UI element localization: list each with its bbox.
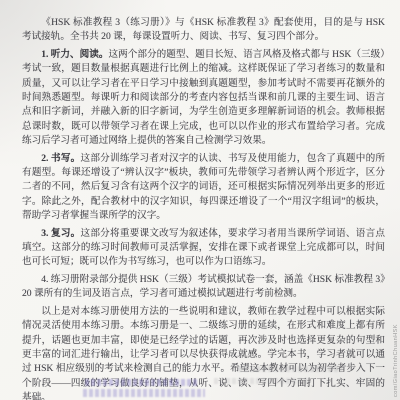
closing-text: 以上是对本练习册使用方法的一些说明和建议，教师在教学过程中可以根据实际情况灵活使… [22,306,385,400]
paragraph-closing: 以上是对本练习册使用方法的一些说明和建议，教师在教学过程中可以根据实际情况灵活使… [22,305,385,400]
paragraph-intro: 《HSK 标准教程 3（练习册）》与《HSK 标准教程 3》配套使用，目的是与 … [22,16,385,45]
page-text-block: 《HSK 标准教程 3（练习册）》与《HSK 标准教程 3》配套使用，目的是与 … [22,16,385,400]
paragraph-section-listening-reading: 1. 听力、阅读。这两个部分的题型、题目长短、语言风格及格式都与 HSK（三级）… [22,48,385,148]
section-3-heading: 3. 复习。 [41,228,80,239]
section-2-heading: 2. 书写。 [41,153,80,164]
vertical-watermark-text: com/GiaoTrinhChuanHSK [393,272,399,397]
section-1-body: 这两个部分的题型、题目长短、语言风格及格式都与 HSK（三级）考试一致，题目数量… [22,49,385,146]
scanned-book-page: 《HSK 标准教程 3（练习册）》与《HSK 标准教程 3》配套使用，目的是与 … [0,0,400,400]
section-1-heading: 1. 听力、阅读。 [41,49,108,60]
paragraph-section-appendix: 4. 练习册附录部分提供 HSK（三级）考试模拟试卷一套，涵盖《HSK 标准教程… [22,273,385,302]
intro-text: 《HSK 标准教程 3（练习册）》与《HSK 标准教程 3》配套使用，目的是与 … [22,17,385,42]
paragraph-section-review: 3. 复习。这部分将重要课文改写为叙述体，要求学习者用当课所学词语、语言点填空。… [22,227,385,270]
paragraph-section-writing: 2. 书写。这部分训练学习者对汉字的认读、书写及使用能力，包含了真题中的所有题型… [22,152,385,223]
section-4-body: 4. 练习册附录部分提供 HSK（三级）考试模拟试卷一套，涵盖《HSK 标准教程… [22,274,385,299]
